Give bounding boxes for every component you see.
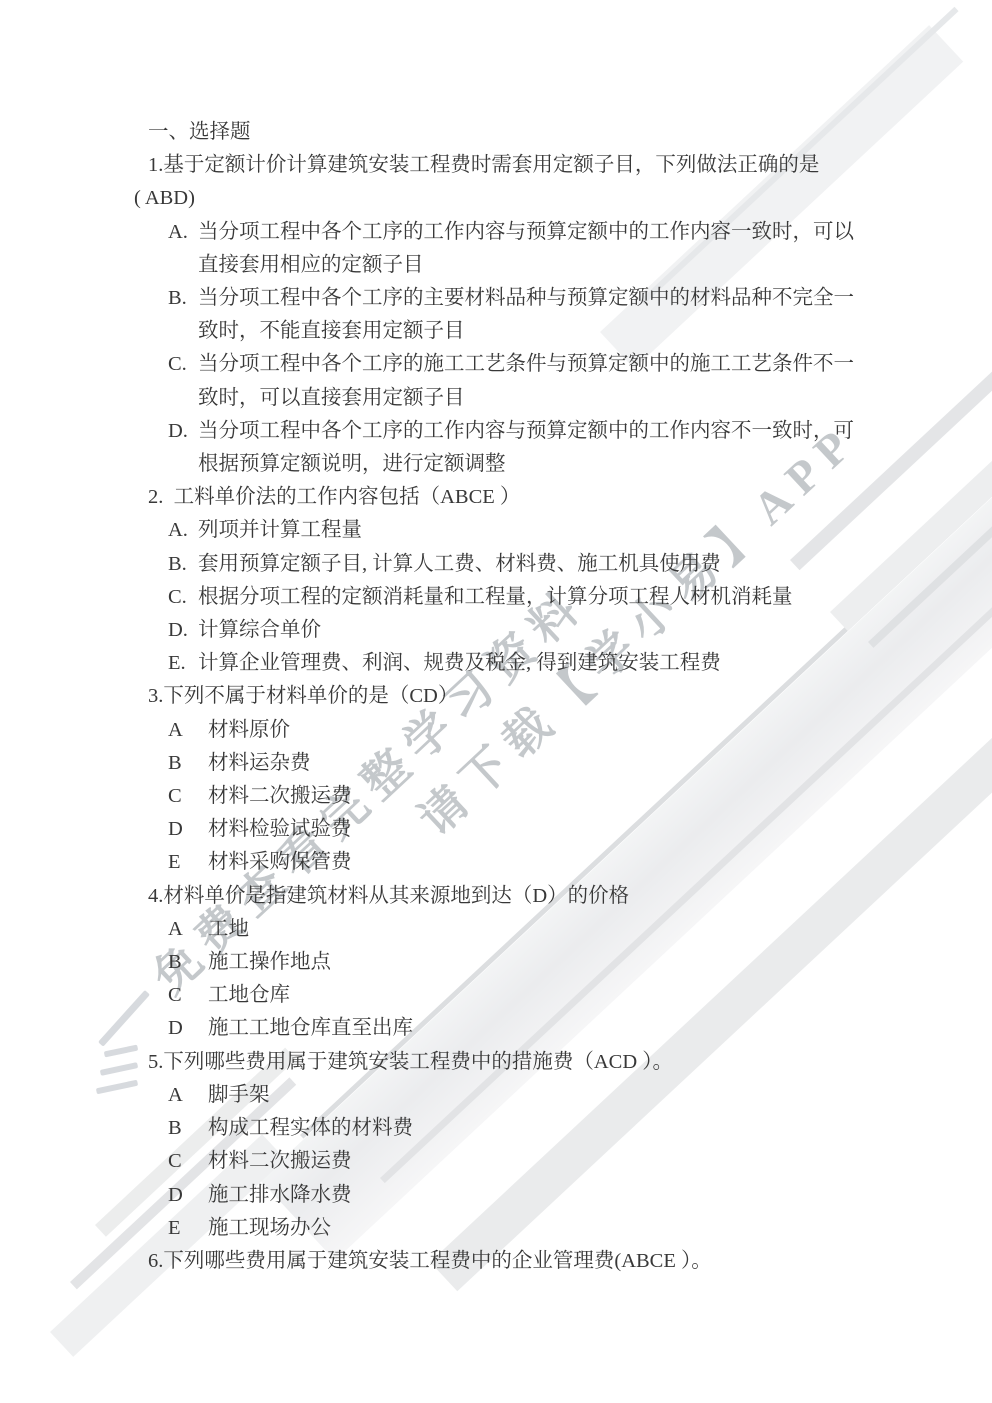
option-row: E. 计算企业管理费、利润、规费及税金, 得到建筑安装工程费 [168,647,860,680]
option-row: C 材料二次搬运费 [168,1145,860,1178]
option-row: C 工地仓库 [168,979,860,1012]
option-text: 施工工地仓库直至出库 [208,1012,860,1045]
option-label: C [168,979,208,1012]
option-text: 当分项工程中各个工序的主要材料品种与预算定额中的材料品种不完全一致时，不能直接套… [198,282,858,348]
document-content: 一、选择题 1.基于定额计价计算建筑安装工程费时需套用定额子目，下列做法正确的是… [148,116,860,1278]
option-label: D [168,813,208,846]
option-label: B [168,747,208,780]
option-row: B. 当分项工程中各个工序的主要材料品种与预算定额中的材料品种不完全一致时，不能… [168,282,860,348]
watermark-stroke [98,990,150,1047]
option-label: A [168,913,208,946]
option-label: D. [168,415,198,481]
option-row: A 脚手架 [168,1079,860,1112]
option-label: A [168,714,208,747]
option-label: E. [168,647,198,680]
option-label: E [168,846,208,879]
option-row: A. 当分项工程中各个工序的工作内容与预算定额中的工作内容一致时，可以直接套用相… [168,216,860,282]
option-row: D. 计算综合单价 [168,614,860,647]
option-text: 计算企业管理费、利润、规费及税金, 得到建筑安装工程费 [198,647,858,680]
section-title: 一、选择题 [148,116,860,149]
option-label: C [168,1145,208,1178]
option-row: E 材料采购保管费 [168,846,860,879]
option-text: 根据分项工程的定额消耗量和工程量，计算分项工程人材机消耗量 [198,581,858,614]
option-text: 当分项工程中各个工序的工作内容与预算定额中的工作内容一致时，可以直接套用相应的定… [198,216,858,282]
option-text: 材料运杂费 [208,747,860,780]
option-row: E 施工现场办公 [168,1212,860,1245]
question-1-answer: ( ABD) [134,182,860,215]
option-text: 材料检验试验费 [208,813,860,846]
option-row: A 工地 [168,913,860,946]
option-label: D. [168,614,198,647]
watermark-stroke [96,1080,138,1095]
option-label: D [168,1012,208,1045]
option-text: 当分项工程中各个工序的施工工艺条件与预算定额中的施工工艺条件不一致时，可以直接套… [198,348,858,414]
option-text: 工地仓库 [208,979,860,1012]
option-label: C. [168,348,198,414]
option-row: C. 当分项工程中各个工序的施工工艺条件与预算定额中的施工工艺条件不一致时，可以… [168,348,860,414]
option-label: A. [168,216,198,282]
option-text: 脚手架 [208,1079,860,1112]
option-text: 列项并计算工程量 [198,514,858,547]
question-2-text: 2. 工料单价法的工作内容包括（ABCE ） [148,481,860,514]
option-row: D. 当分项工程中各个工序的工作内容与预算定额中的工作内容不一致时，可根据预算定… [168,415,860,481]
option-text: 施工操作地点 [208,946,860,979]
option-text: 当分项工程中各个工序的工作内容与预算定额中的工作内容不一致时，可根据预算定额说明… [198,415,858,481]
option-text: 计算综合单价 [198,614,858,647]
question-5-text: 5.下列哪些费用属于建筑安装工程费中的措施费（ACD ）。 [148,1046,860,1079]
option-text: 施工现场办公 [208,1212,860,1245]
option-label: B. [168,282,198,348]
question-6-text: 6.下列哪些费用属于建筑安装工程费中的企业管理费(ABCE ）。 [148,1245,860,1278]
option-text: 施工排水降水费 [208,1179,860,1212]
option-label: C. [168,581,198,614]
option-label: D [168,1179,208,1212]
option-text: 材料二次搬运费 [208,780,860,813]
question-3-text: 3.下列不属于材料单价的是（CD） [148,680,860,713]
watermark-stroke [100,1062,138,1076]
option-text: 工地 [208,913,860,946]
option-row: D 施工排水降水费 [168,1179,860,1212]
watermark-stroke [104,1045,139,1058]
option-text: 构成工程实体的材料费 [208,1112,860,1145]
option-label: B [168,946,208,979]
decor-streak [868,362,992,647]
question-1-text: 1.基于定额计价计算建筑安装工程费时需套用定额子目，下列做法正确的是 [148,149,860,182]
option-row: B 材料运杂费 [168,747,860,780]
option-label: E [168,1212,208,1245]
option-label: A [168,1079,208,1112]
option-label: B. [168,548,198,581]
option-text: 材料二次搬运费 [208,1145,860,1178]
option-row: A. 列项并计算工程量 [168,514,860,547]
option-text: 材料原价 [208,714,860,747]
option-row: B. 套用预算定额子目, 计算人工费、材料费、施工机具使用费 [168,548,860,581]
exam-page: 免费查看完整学习资料 请下载【学小易】APP 一、选择题 1.基于定额计价计算建… [0,0,992,1403]
option-row: B 构成工程实体的材料费 [168,1112,860,1145]
option-row: A 材料原价 [168,714,860,747]
option-text: 套用预算定额子目, 计算人工费、材料费、施工机具使用费 [198,548,858,581]
option-row: D 施工工地仓库直至出库 [168,1012,860,1045]
option-label: B [168,1112,208,1145]
option-text: 材料采购保管费 [208,846,860,879]
question-4-text: 4.材料单价是指建筑材料从其来源地到达（D）的价格 [148,880,860,913]
option-label: A. [168,514,198,547]
option-row: C. 根据分项工程的定额消耗量和工程量，计算分项工程人材机消耗量 [168,581,860,614]
option-label: C [168,780,208,813]
option-row: D 材料检验试验费 [168,813,860,846]
option-row: C 材料二次搬运费 [168,780,860,813]
option-row: B 施工操作地点 [168,946,860,979]
